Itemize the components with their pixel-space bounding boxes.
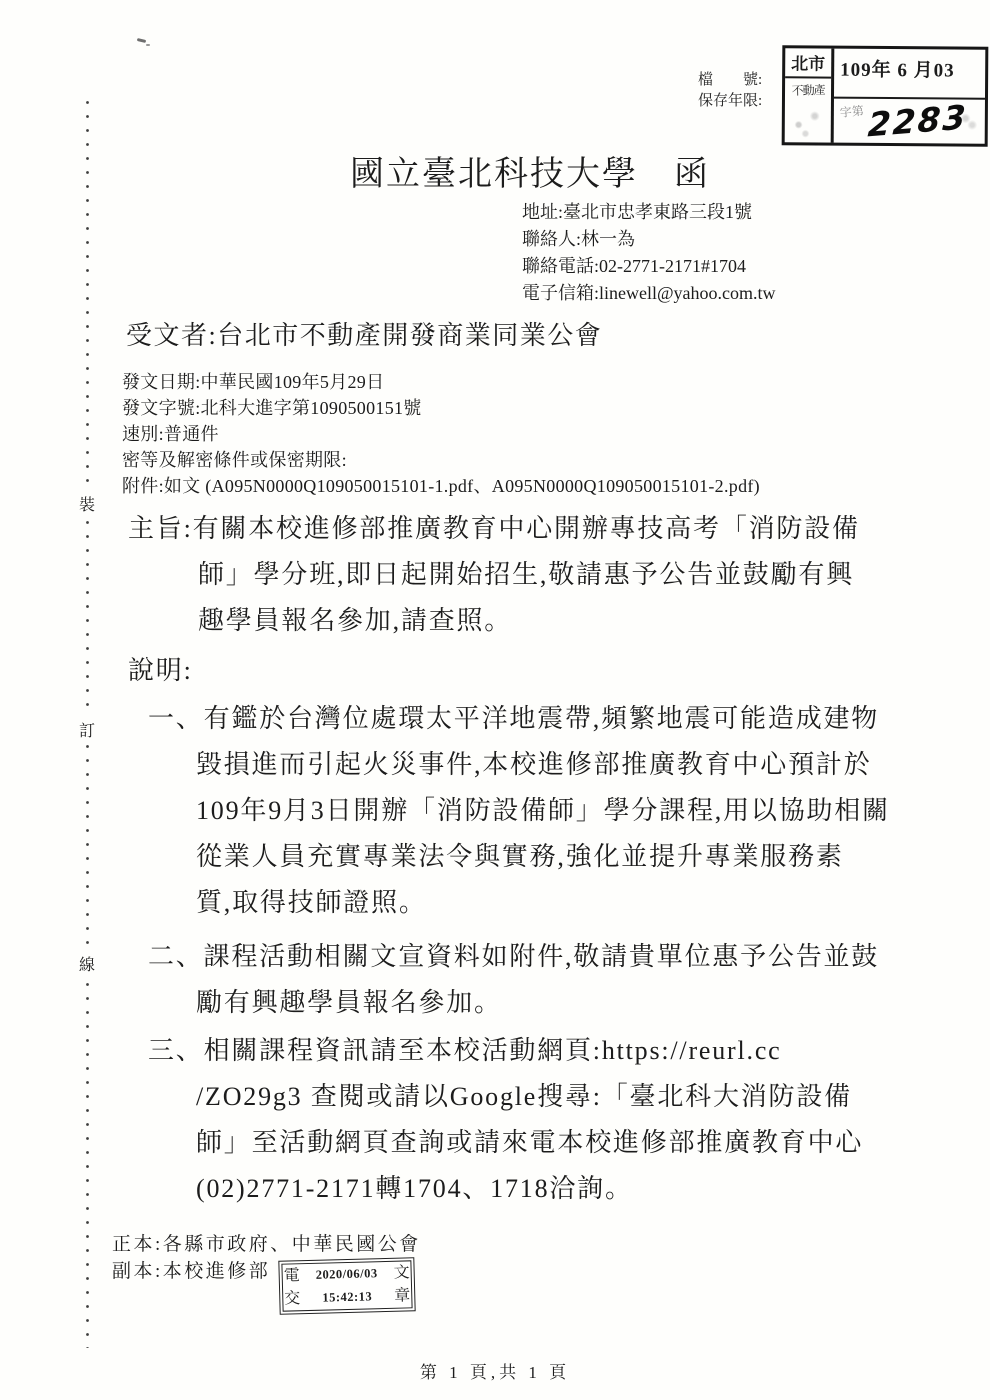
explanation-heading: 說明: bbox=[128, 650, 193, 687]
exchange-stamp-char-tr: 文 bbox=[392, 1265, 410, 1281]
exchange-stamp-date: 2020/06/03 bbox=[301, 1267, 393, 1282]
item1-line-5: 質,取得技師證照。 bbox=[196, 882, 427, 919]
sender-phone-line: 聯絡電話:02-2771-2171#1704 bbox=[522, 253, 776, 280]
exchange-stamp-char-tl: 電 bbox=[283, 1268, 301, 1284]
binding-mark-zhuang: 裝 bbox=[79, 488, 95, 519]
stamp-org-bottom: 不動產 bbox=[785, 78, 832, 99]
ink-speck bbox=[137, 38, 146, 43]
item1-line-1: 一、有鑑於台灣位處環太平洋地震帶,頻繁地震可能造成建物 bbox=[148, 698, 879, 735]
archive-retention-label: 保存年限: bbox=[698, 91, 762, 112]
stamp-ink-smudge bbox=[957, 110, 979, 132]
item3-line-3: 師」至活動網頁查詢或請來電本校進修部推廣教育中心 bbox=[196, 1122, 863, 1159]
page-number-footer: 第 1 頁,共 1 頁 bbox=[0, 1358, 990, 1383]
issue-date-line: 發文日期:中華民國109年5月29日 bbox=[122, 369, 760, 395]
document-meta-block: 發文日期:中華民國109年5月29日 發文字號:北科大進字第1090500151… bbox=[122, 369, 760, 499]
stamp-serial-prefix: 字第 bbox=[839, 106, 864, 119]
stamp-ink-smudge bbox=[785, 98, 831, 142]
item3-line-4: (02)2771-2171轉1704、1718洽詢。 bbox=[196, 1168, 633, 1205]
stamp-org-top: 北市 bbox=[785, 48, 831, 78]
stamp-main-column: 109年 6 月03 字第 2283 bbox=[834, 49, 986, 144]
subject-line-1: 主旨:有關本校進修部推廣教育中心開辦專技高考「消防設備 bbox=[128, 508, 860, 545]
document-title: 國立臺北科技大學 函 bbox=[350, 146, 710, 195]
item1-line-4: 從業人員充實專業法令與實務,強化並提升專業服務素 bbox=[196, 836, 844, 873]
subject-line-3: 趣學員報名參加,請查照。 bbox=[198, 600, 512, 637]
stamp-org-column: 北市 不動產 bbox=[785, 48, 835, 142]
subject-line-2: 師」學分班,即日起開始招生,敬請惠予公告並鼓勵有興 bbox=[198, 554, 854, 591]
stamp-serial-row: 字第 2283 bbox=[834, 99, 985, 144]
binding-mark-xian: 線 bbox=[79, 948, 95, 979]
item2-line-1: 二、課程活動相關文宣資料如附件,敬請貴單位惠予公告並鼓 bbox=[148, 936, 879, 973]
item3-line-1: 三、相關課程資訊請至本校活動網頁:https://reurl.cc bbox=[148, 1030, 782, 1067]
exchange-stamp-time: 15:42:13 bbox=[301, 1290, 393, 1305]
ink-speck bbox=[146, 44, 150, 46]
original-copy-line: 正本:各縣市政府、中華民國公會 bbox=[112, 1231, 421, 1258]
archive-label-block: 檔 號: 保存年限: bbox=[698, 70, 762, 112]
received-registry-stamp: 北市 不動產 109年 6 月03 字第 2283 bbox=[782, 45, 989, 146]
sender-address-line: 地址:臺北市忠孝東路三段1號 bbox=[522, 199, 776, 226]
attachment-line: 附件:如文 (A095N0000Q109050015101-1.pdf、A095… bbox=[122, 473, 760, 499]
priority-line: 速別:普通件 bbox=[122, 421, 760, 447]
archive-file-number-label: 檔 號: bbox=[698, 70, 762, 91]
sender-contact-person-line: 聯絡人:林一為 bbox=[522, 226, 776, 253]
stamp-received-date: 109年 6 月03 bbox=[834, 49, 985, 100]
electronic-exchange-stamp: 電 2020/06/03 文 交 15:42:13 章 bbox=[278, 1257, 415, 1315]
issue-number-line: 發文字號:北科大進字第1090500151號 bbox=[122, 395, 760, 421]
sender-email-line: 電子信箱:linewell@yahoo.com.tw bbox=[522, 280, 776, 307]
security-classification-line: 密等及解密條件或保密期限: bbox=[122, 447, 760, 473]
stamp-serial-handwritten: 2283 bbox=[867, 97, 969, 144]
item2-line-2: 勵有興趣學員報名參加。 bbox=[196, 982, 502, 1019]
binding-mark-ding: 訂 bbox=[79, 714, 95, 745]
item3-line-2: /ZO29g3 查閱或請以Google搜尋:「臺北科大消防設備 bbox=[196, 1076, 852, 1113]
exchange-stamp-inner: 電 2020/06/03 文 交 15:42:13 章 bbox=[281, 1260, 412, 1311]
recipient-line: 受文者:台北市不動產開發商業同業公會 bbox=[126, 315, 602, 352]
sender-info-block: 地址:臺北市忠孝東路三段1號 聯絡人:林一為 聯絡電話:02-2771-2171… bbox=[522, 199, 776, 307]
exchange-stamp-char-br: 章 bbox=[393, 1288, 411, 1304]
item1-line-3: 109年9月3日開辦「消防設備師」學分課程,用以協助相關 bbox=[196, 790, 890, 827]
exchange-stamp-char-bl: 交 bbox=[283, 1291, 301, 1307]
scanned-official-letter-page: 檔 號: 保存年限: 北市 不動產 109年 6 月03 字第 2283 國立臺… bbox=[0, 0, 990, 1400]
item1-line-2: 毀損進而引起火災事件,本校進修部推廣教育中心預計於 bbox=[196, 744, 872, 781]
